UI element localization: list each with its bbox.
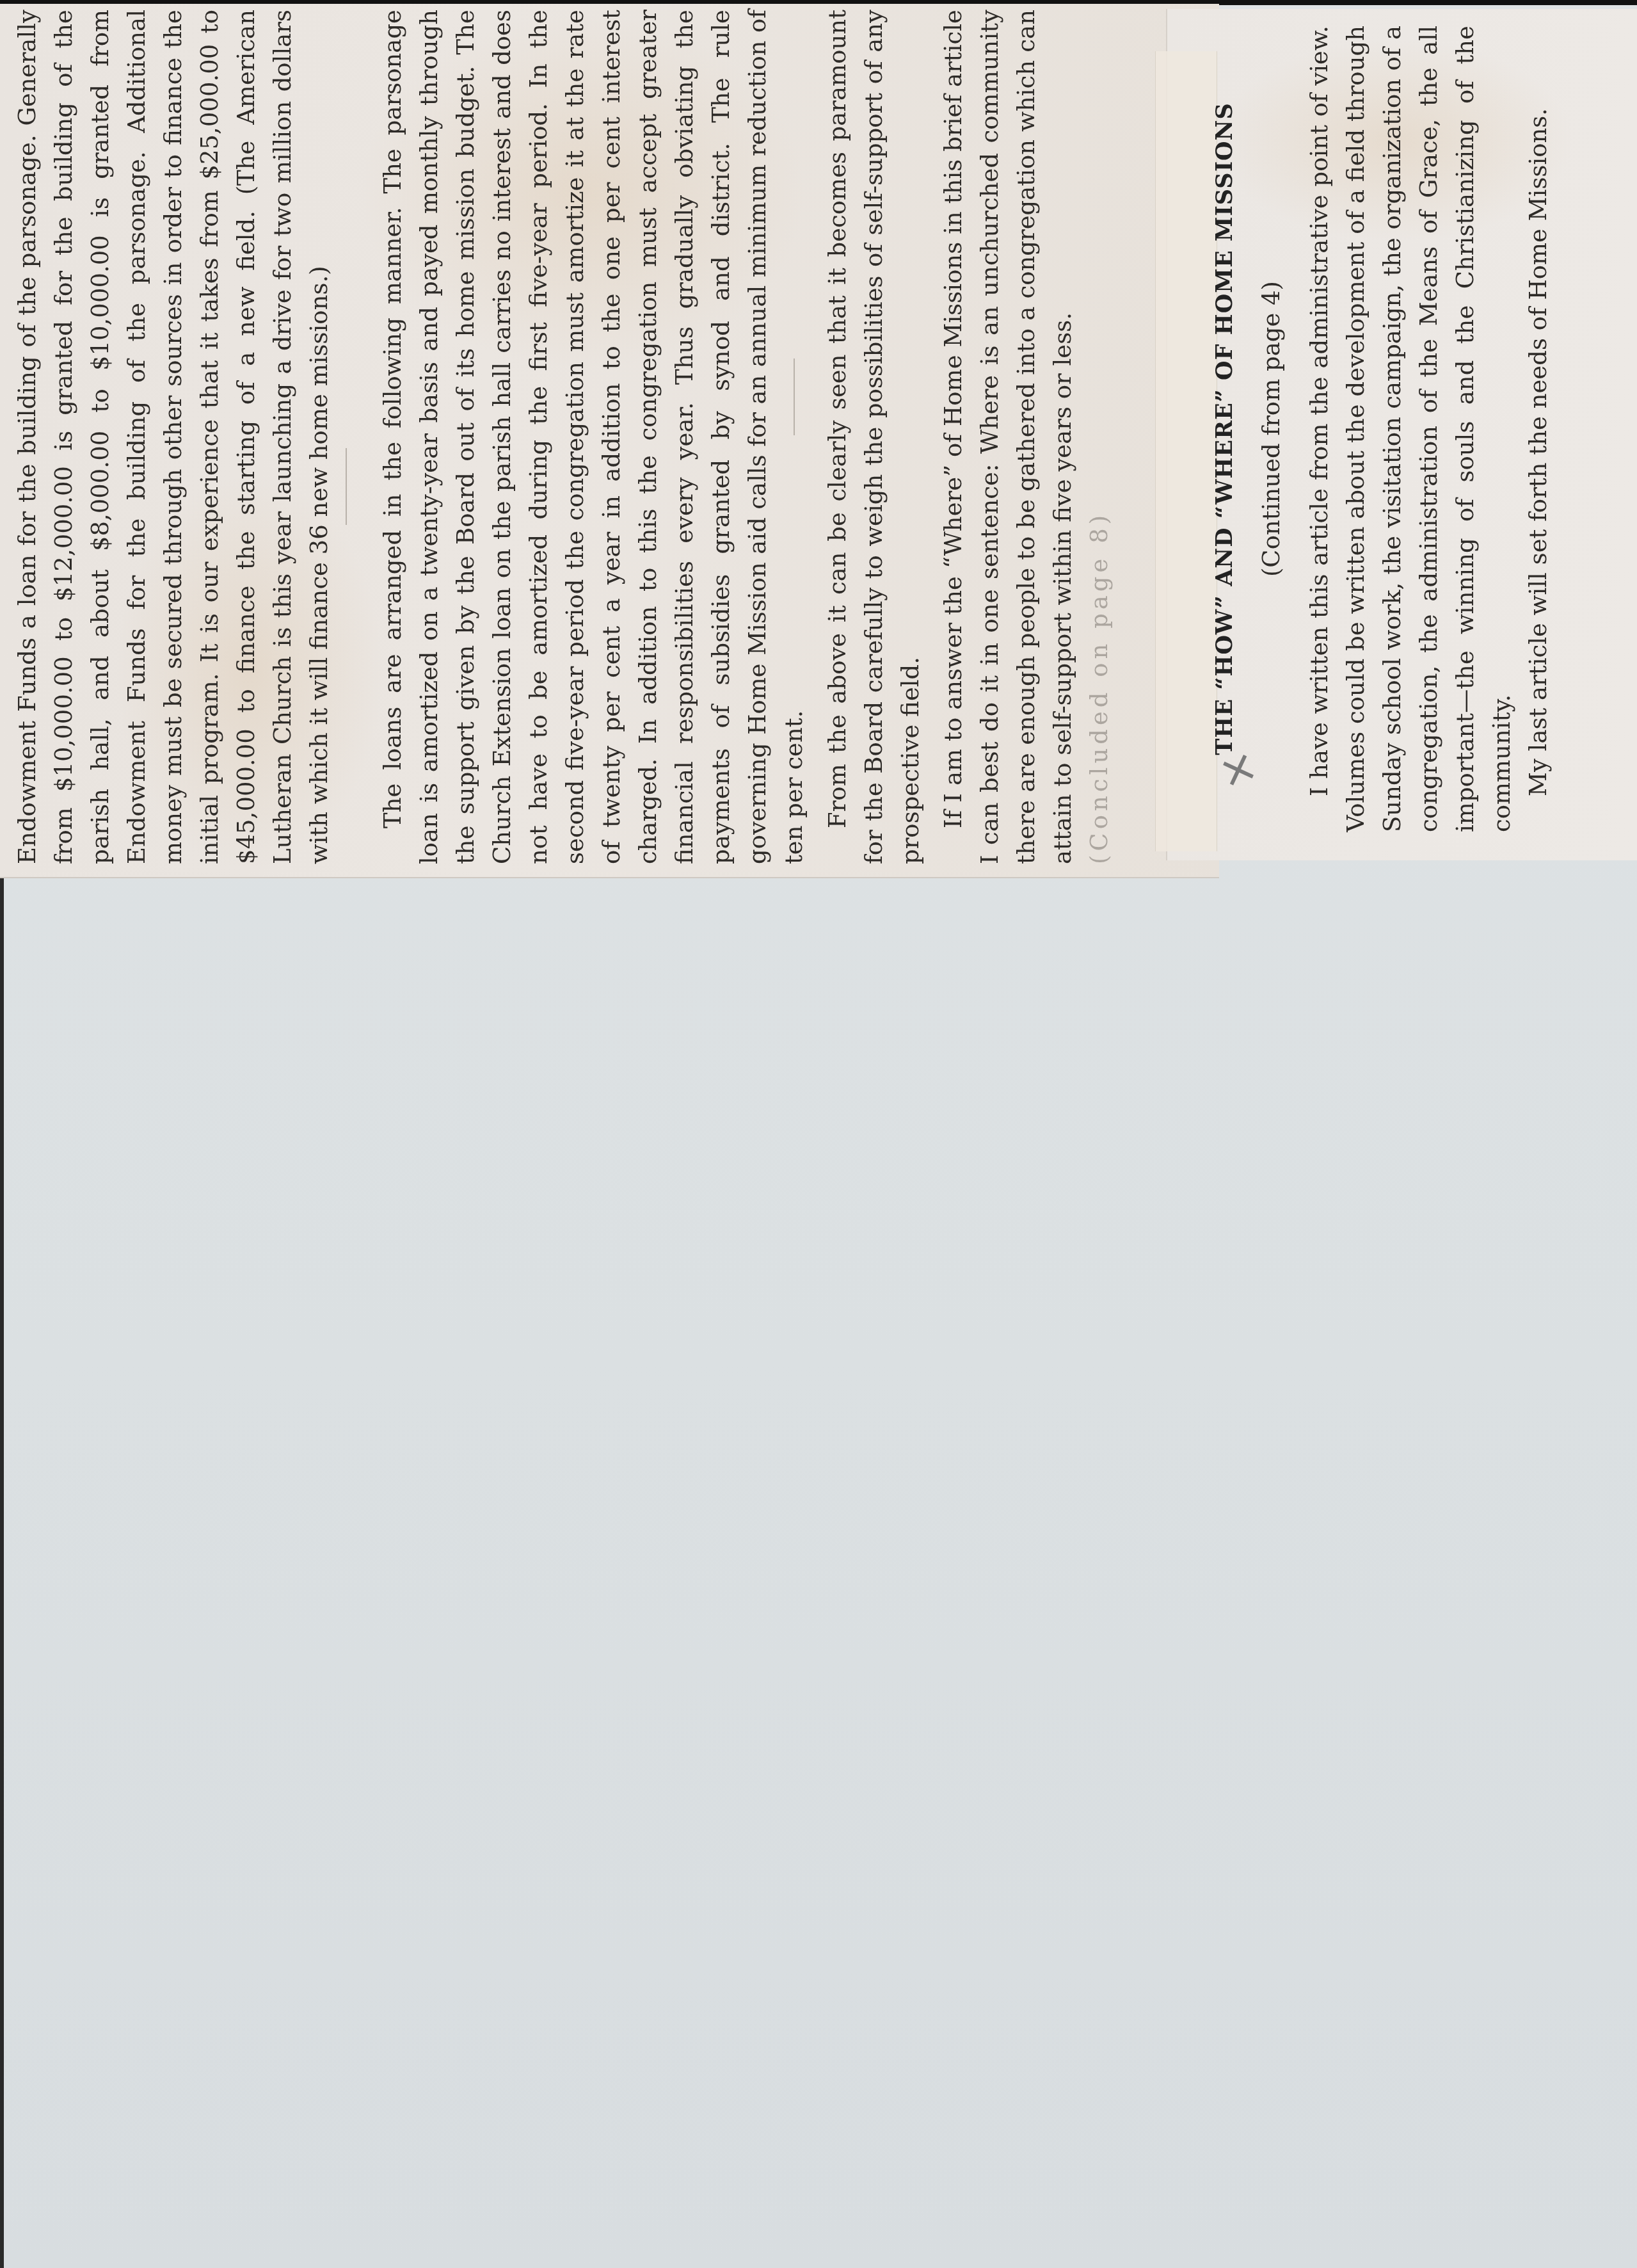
article-column-3: From the above it can be clearly seen th… <box>819 10 1117 864</box>
continuation-paragraph-1: I have written this article from the adm… <box>1301 26 1520 832</box>
column-divider <box>794 358 795 435</box>
column-3-paragraph-1: From the above it can be clearly seen th… <box>819 10 929 864</box>
article-column-2: The loans are arranged in the following … <box>374 10 812 864</box>
column-2-paragraph: The loans are arranged in the following … <box>374 10 812 864</box>
article-continuation: THE “HOW” AND “WHERE” OF HOME MISSIONS (… <box>1206 26 1556 832</box>
article-headline: THE “HOW” AND “WHERE” OF HOME MISSIONS <box>1206 26 1243 832</box>
column-1-paragraph: Endowment Funds a loan for the building … <box>9 10 337 864</box>
cut-off-continuation-line: (Concluded on page 8) <box>1081 10 1117 864</box>
column-divider <box>346 448 347 525</box>
column-3-paragraph-2: If I am to answer the “Where” of Home Mi… <box>935 10 1081 864</box>
scan-left-edge <box>0 877 4 2268</box>
continued-from-note: (Continued from page 4) <box>1253 26 1290 832</box>
article-column-1: Endowment Funds a loan for the building … <box>9 10 337 864</box>
continuation-paragraph-2: My last article will set forth the needs… <box>1520 26 1556 832</box>
